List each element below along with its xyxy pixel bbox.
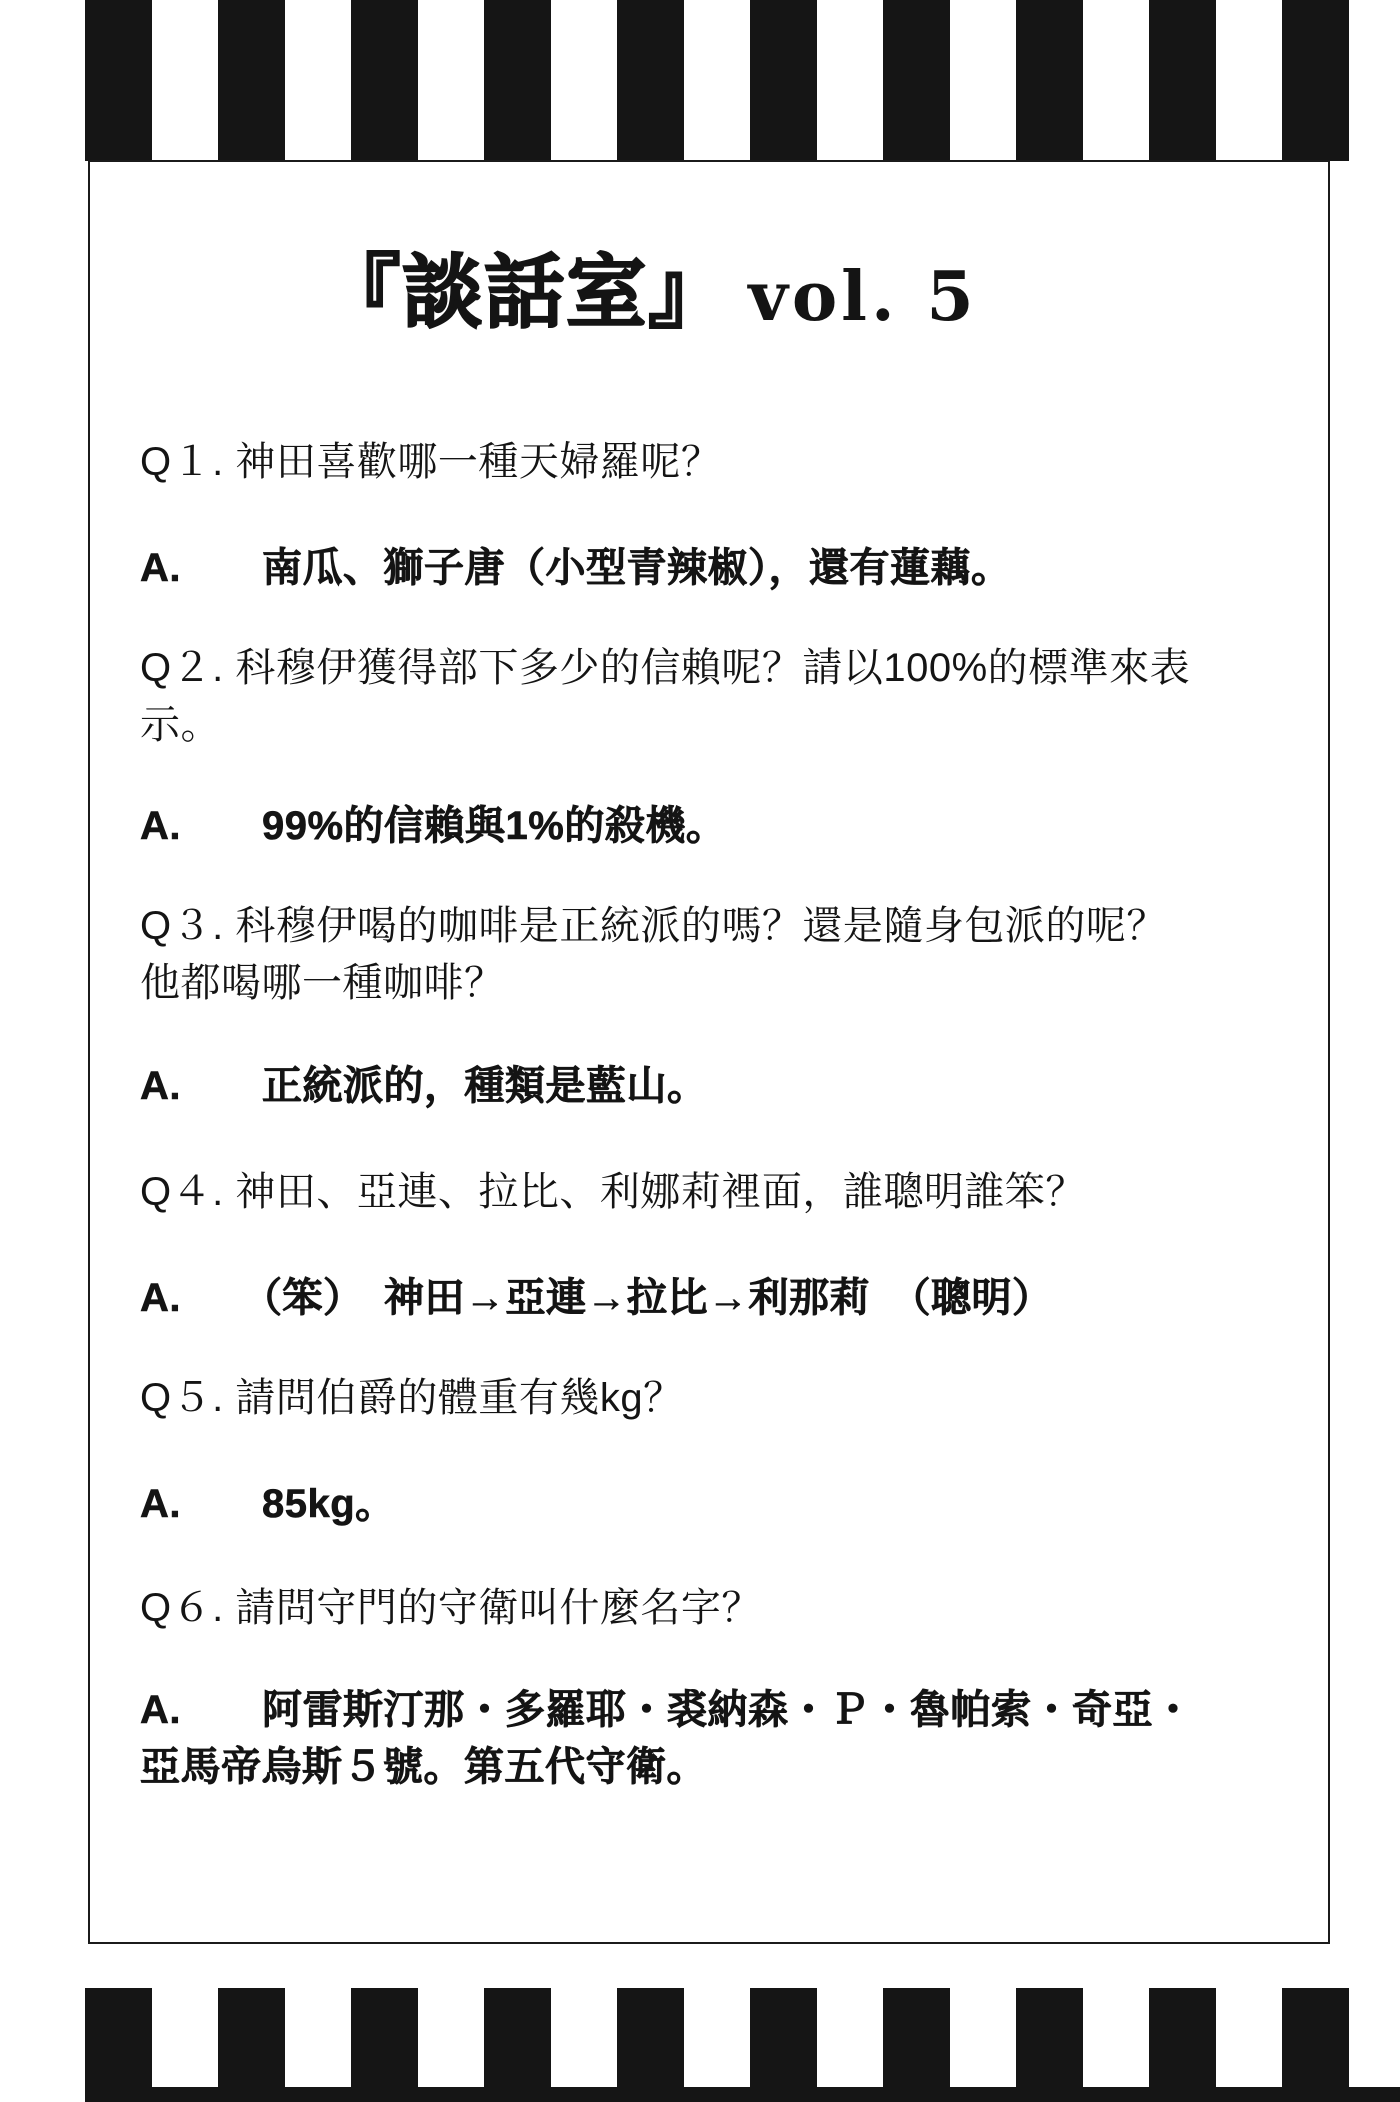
- answer-4: A. （笨） 神田→亞連→拉比→利那莉 （聰明）: [140, 1270, 1298, 1327]
- question-3: Q３. 科穆伊喝的咖啡是正統派的嗎？還是隨身包派的呢？ 他都喝哪一種咖啡？: [140, 898, 1298, 1012]
- bottom-edge-bar: [85, 2087, 1400, 2102]
- answer-1: A. 南瓜、獅子唐（小型青辣椒），還有蓮藕。: [140, 540, 1298, 597]
- manga-omake-page: 『談話室』vol. 5 Q１. 神田喜歡哪一種天婦羅呢？ A. 南瓜、獅子唐（小…: [0, 0, 1400, 2102]
- question-5: Q５. 請問伯爵的體重有幾kg？: [140, 1370, 1298, 1427]
- question-1: Q１. 神田喜歡哪一種天婦羅呢？: [140, 434, 1298, 491]
- title-volume-number: vol. 5: [748, 257, 977, 337]
- top-stripe-border: [85, 0, 1400, 161]
- answer-3: A. 正統派的，種類是藍山。: [140, 1058, 1298, 1115]
- page-title: 『談話室』vol. 5: [90, 228, 1208, 343]
- question-4: Q４. 神田、亞連、拉比、利娜莉裡面，誰聰明誰笨？: [140, 1164, 1298, 1221]
- bottom-stripe-border: [85, 1988, 1400, 2087]
- title-talk-room: 『談話室』: [320, 246, 730, 339]
- question-6: Q６. 請問守門的守衛叫什麼名字？: [140, 1580, 1298, 1637]
- answer-5: A. 85kg。: [140, 1476, 1298, 1533]
- content-panel: 『談話室』vol. 5 Q１. 神田喜歡哪一種天婦羅呢？ A. 南瓜、獅子唐（小…: [88, 160, 1330, 1944]
- answer-2: A. 99%的信賴與1%的殺機。: [140, 798, 1298, 855]
- question-2: Q２. 科穆伊獲得部下多少的信賴呢？請以100%的標準來表 示。: [140, 640, 1298, 754]
- answer-6: A. 阿雷斯汀那・多羅耶・裘納森・Ｐ・魯帕索・奇亞・ 亞馬帝烏斯５號。第五代守衛…: [140, 1682, 1298, 1796]
